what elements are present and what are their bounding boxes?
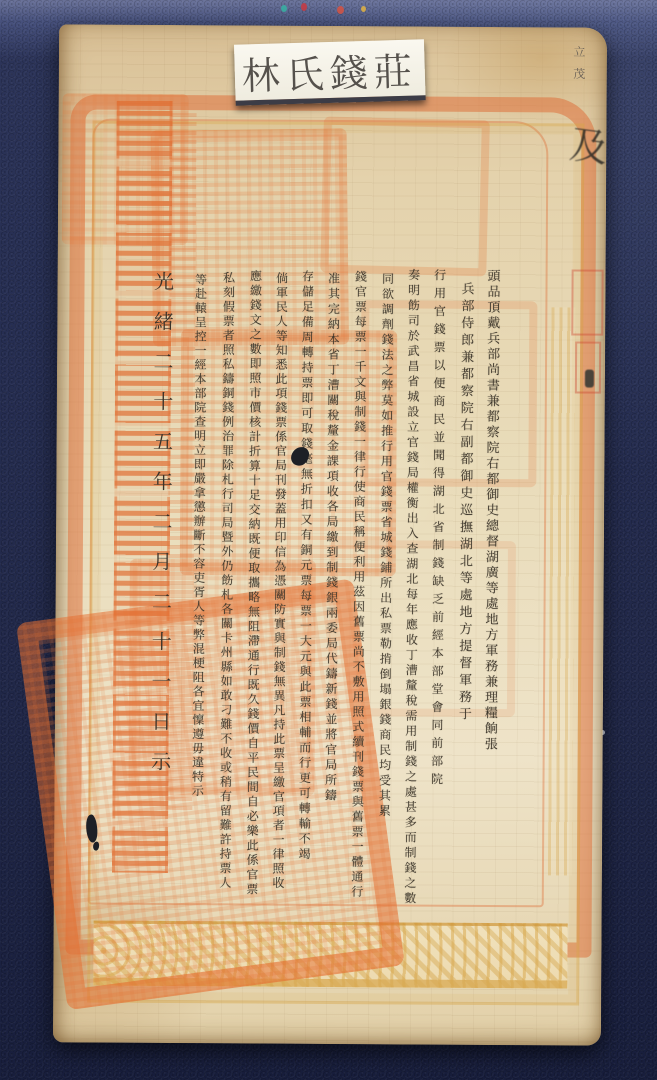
text-column: 准其完納本省丁漕關稅釐金課項收各局繳到制錢銀兩委局代鑄新錢並將官局所鑄 xyxy=(324,272,339,804)
gold-border-right-band xyxy=(548,307,575,875)
shop-label-text: 林氏錢莊 xyxy=(241,40,419,100)
date-column: 光緒二十五年二月二十一日示 xyxy=(149,271,172,791)
large-seal-impression xyxy=(16,578,405,1010)
seal-impression xyxy=(320,117,490,277)
backdrop-speck xyxy=(281,5,287,12)
backdrop-speck xyxy=(301,3,307,11)
text-column: 奏明飭司於武昌省城設立官錢局權衡出入查湖北每年應收丁漕釐稅需用制錢之處甚多而制錢… xyxy=(404,268,420,906)
document-paper: 林氏錢莊 頭品頂戴兵部尚書兼都察院右都御史總督湖廣等處地方軍務兼理糧餉張兵部侍郎… xyxy=(53,24,607,1045)
text-column: 行用官錢票以便商民並聞得湖北省制錢缺乏前經本部堂會同前部院 xyxy=(430,269,445,791)
small-ink-mark xyxy=(585,370,594,388)
text-column: 同欲調劑錢法之弊莫如推行用官錢票省城錢鋪所出私票勒掯倒塌銀錢商民均受其累 xyxy=(378,272,393,819)
shop-label: 林氏錢莊 xyxy=(234,39,426,105)
text-column: 兵部侍郎兼都察院右副都御史巡撫湖北等處地方提督軍務于 xyxy=(457,282,473,724)
text-column: 應繳錢文之數即照市價核計折算十足交納既便取攜略無阻滯通行既久錢價自平民間自必樂此… xyxy=(246,270,262,898)
text-column: 等赴轅呈控一經本部院查明立即嚴拿懲辦斷不容吏胥人等弊混梗阻各宜懍遵毋違特示 xyxy=(191,273,206,798)
text-column: 倘軍民人等知悉此項錢票係官局刊發蓋用印信為憑關防實與制錢無異凡持此票呈繳官項者一… xyxy=(272,272,288,891)
text-column: 錢官票每票一千文與制錢一律行使商民稱便利用茲因舊票尚不敷用照式續刊錢票與舊票一體… xyxy=(351,270,367,900)
small-red-stamp xyxy=(571,269,603,335)
edge-brush-mark: 及 xyxy=(567,113,612,172)
text-column: 私刻假票者照私鑄銅錢例治罪除札行司局暨外仍飭札各關卡州縣如敢刁難不收或稍有留難許… xyxy=(219,271,235,890)
text-column: 存儲足備周轉持票即可取錢毫無折扣又有銅元票每票一大元與此票相輔而行更可轉輸不竭 xyxy=(298,270,314,863)
photo-backdrop: 林氏錢莊 頭品頂戴兵部尚書兼都察院右都御史總督湖廣等處地方軍務兼理糧餉張兵部侍郎… xyxy=(0,0,657,1080)
margin-annotation: 立茂 xyxy=(571,45,588,89)
backdrop-speck xyxy=(361,6,366,12)
text-column: 頭品頂戴兵部尚書兼都察院右都御史總督湖廣等處地方軍務兼理糧餉張 xyxy=(483,269,499,753)
proclamation-text: 頭品頂戴兵部尚書兼都察院右都御史總督湖廣等處地方軍務兼理糧餉張兵部侍郎兼都察院右… xyxy=(59,24,607,27)
backdrop-speck xyxy=(337,6,344,14)
